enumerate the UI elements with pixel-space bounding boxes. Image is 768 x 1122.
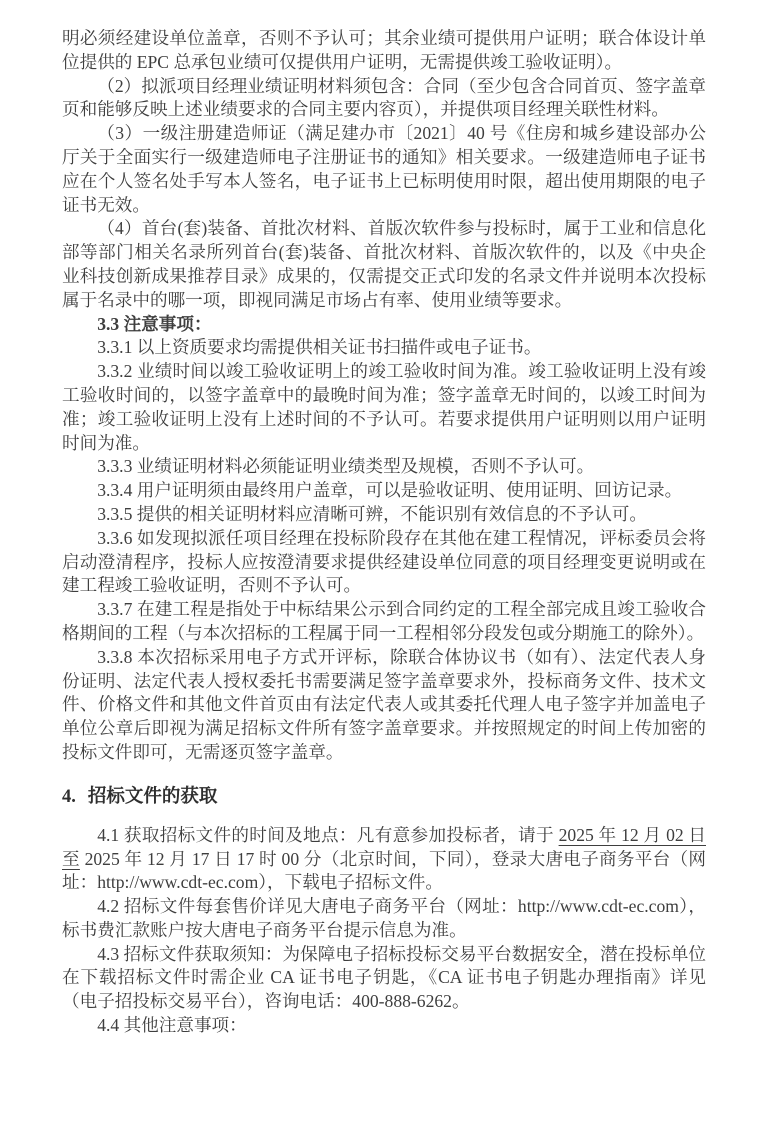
document-content: 明必须经建设单位盖章，否则不予认可；其余业绩可提供用户证明；联合体设计单位提供的… <box>62 27 706 1038</box>
note-3-3-7: 3.3.7 在建工程是指处于中标结果公示到合同约定的工程全部完成且竣工验收合格期… <box>62 598 706 646</box>
note-3-3-2: 3.3.2 业绩时间以竣工验收证明上的竣工验收时间为准。竣工验收证明上没有竣工验… <box>62 360 706 455</box>
note-3-3-1: 3.3.1 以上资质要求均需提供相关证书扫描件或电子证书。 <box>62 336 706 360</box>
note-3-3-8: 3.3.8 本次招标采用电子方式开评标，除联合体协议书（如有）、法定代表人身份证… <box>62 646 706 765</box>
paragraph-continuation: 明必须经建设单位盖章，否则不予认可；其余业绩可提供用户证明；联合体设计单位提供的… <box>62 27 706 75</box>
list-item-3: （3）一级注册建造师证（满足建办市〔2021〕40 号《住房和城乡建设部办公厅关… <box>62 122 706 217</box>
document-page: 明必须经建设单位盖章，否则不予认可；其余业绩可提供用户证明；联合体设计单位提供的… <box>0 0 768 1122</box>
paragraph-4-1-suffix: 2025 年 12 月 17 日 17 时 00 分（北京时间，下同），登录大唐… <box>62 849 706 893</box>
paragraph-4-2: 4.2 招标文件每套售价详见大唐电子商务平台（网址：http://www.cdt… <box>62 895 706 943</box>
paragraph-4-4: 4.4 其他注意事项： <box>62 1014 706 1038</box>
list-item-2: （2）拟派项目经理业绩证明材料须包含：合同（至少包含合同首页、签字盖章页和能够反… <box>62 75 706 123</box>
note-3-3-3: 3.3.3 业绩证明材料必须能证明业绩类型及规模，否则不予认可。 <box>62 455 706 479</box>
paragraph-4-1: 4.1 获取招标文件的时间及地点：凡有意参加投标者，请于 2025 年 12 月… <box>62 824 706 895</box>
note-3-3-4: 3.3.4 用户证明须由最终用户盖章，可以是验收证明、使用证明、回访记录。 <box>62 479 706 503</box>
section-4-number: 4. <box>62 787 76 807</box>
section-4-title: 招标文件的获取 <box>88 787 218 807</box>
note-3-3-6: 3.3.6 如发现拟派任项目经理在投标阶段存在其他在建工程情况，评标委员会将启动… <box>62 527 706 598</box>
section-4-heading: 4.招标文件的获取 <box>62 785 706 809</box>
section-3-3-heading: 3.3 注意事项： <box>62 313 706 337</box>
list-item-4: （4）首台(套)装备、首批次材料、首版次软件参与投标时，属于工业和信息化部等部门… <box>62 217 706 312</box>
note-3-3-5: 3.3.5 提供的相关证明材料应清晰可辨，不能识别有效信息的不予认可。 <box>62 503 706 527</box>
paragraph-4-1-prefix: 4.1 获取招标文件的时间及地点：凡有意参加投标者，请于 <box>97 825 558 845</box>
paragraph-4-3: 4.3 招标文件获取须知：为保障电子招标投标交易平台数据安全，潜在投标单位在下载… <box>62 943 706 1014</box>
